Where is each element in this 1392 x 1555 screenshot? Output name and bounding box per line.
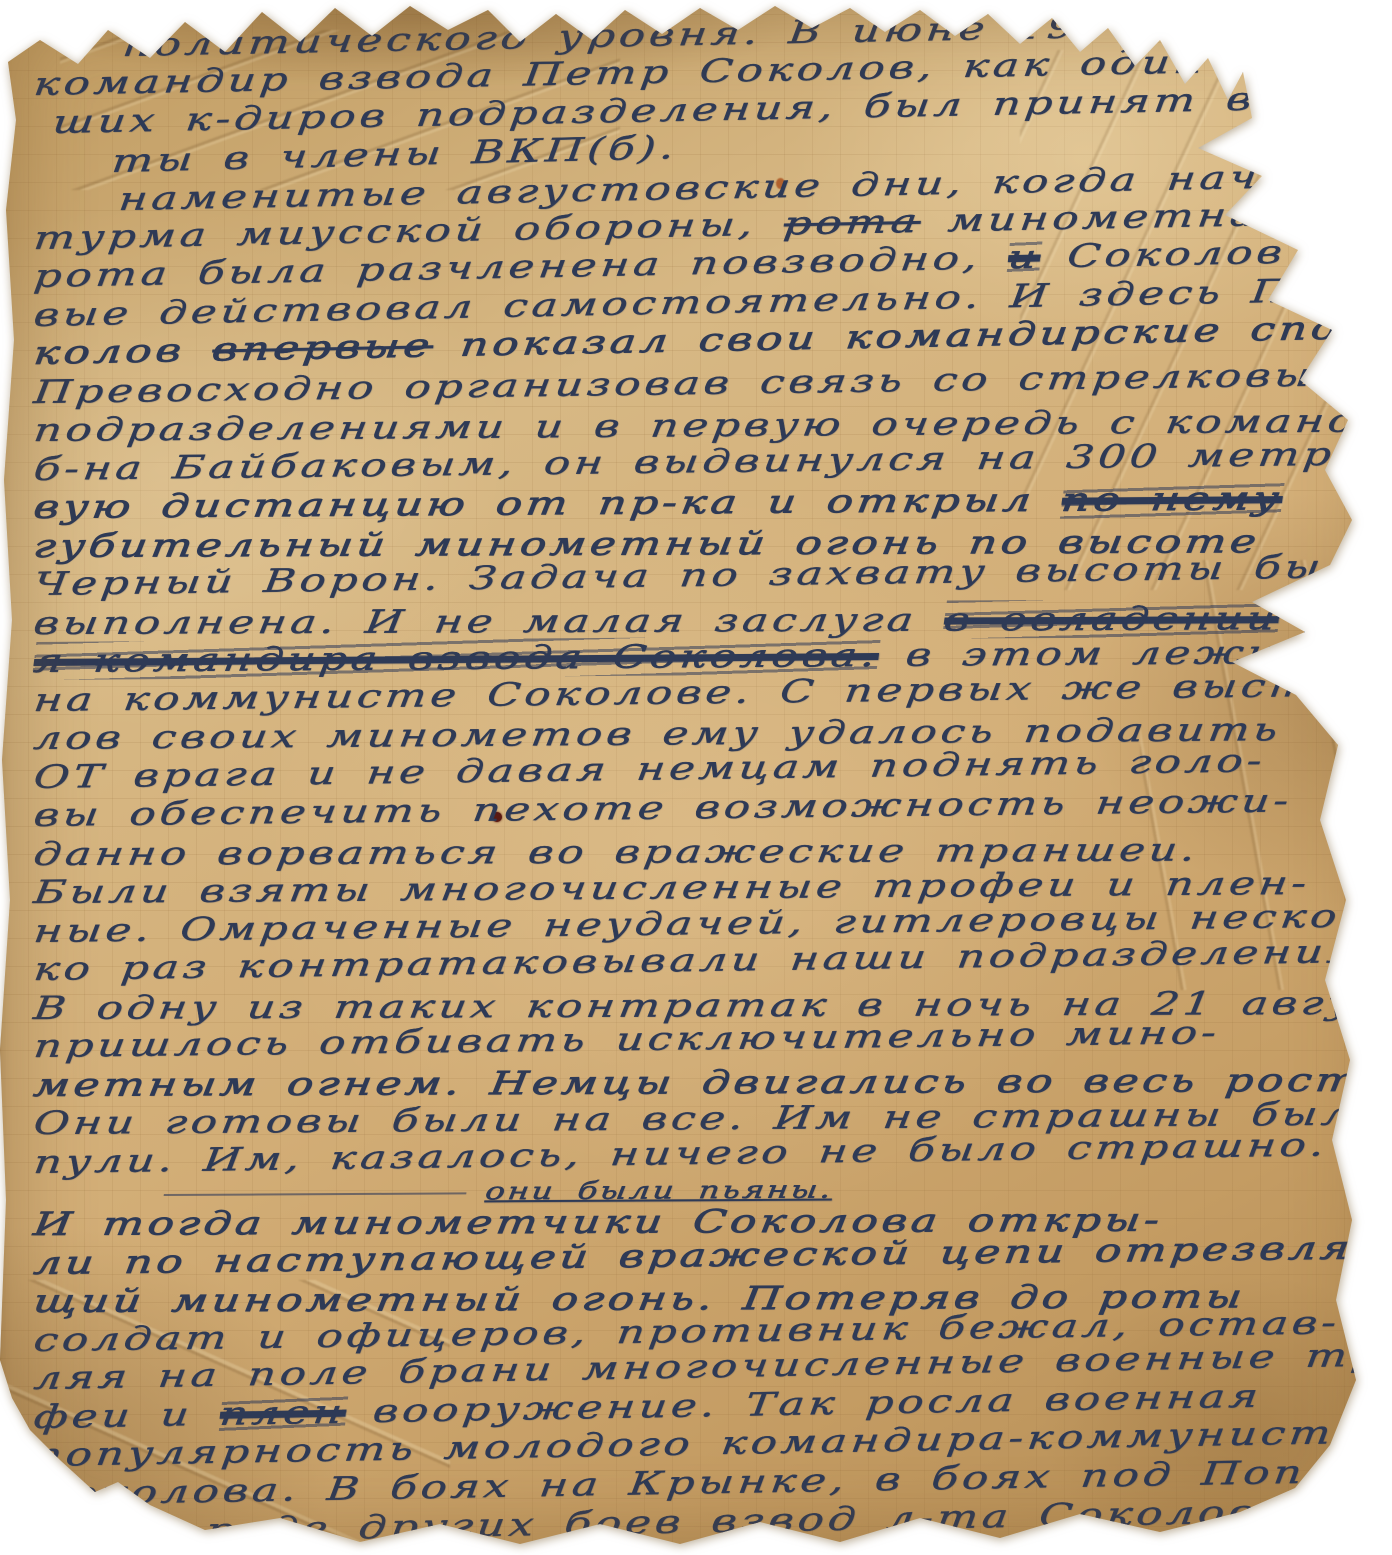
manuscript-paper: политического уровня. В июне 19командир … — [0, 0, 1392, 1555]
scanned-page: политического уровня. В июне 19командир … — [0, 0, 1392, 1555]
crossed-out-text: впервые — [210, 326, 435, 368]
handwritten-text: вую дистанцию от пр-ка и открыл — [32, 481, 1065, 526]
handwritten-text: выполнена. И не малая заслуга — [31, 600, 946, 642]
handwritten-text: Соколов впе- — [1038, 230, 1392, 275]
manuscript-text: политического уровня. В июне 19командир … — [34, 26, 1044, 1552]
crossed-out-text: ею — [1304, 598, 1381, 636]
handwritten-text — [1276, 599, 1308, 637]
handwritten-text: феи и — [32, 1394, 222, 1435]
crossed-out-text: по нему — [1060, 479, 1285, 519]
crossed-out-text: в овладении — [942, 599, 1282, 638]
crossed-out-text: и — [1006, 238, 1042, 277]
handwritten-text: они были пьяны. — [484, 1176, 835, 1206]
handwritten-text: колов — [32, 331, 214, 372]
crossed-out-text: плен — [218, 1392, 348, 1432]
handwritten-text: минометная — [919, 194, 1295, 239]
paper-shadow: политического уровня. В июне 19командир … — [0, 0, 1392, 1555]
crossed-out-text: рота — [782, 201, 923, 242]
